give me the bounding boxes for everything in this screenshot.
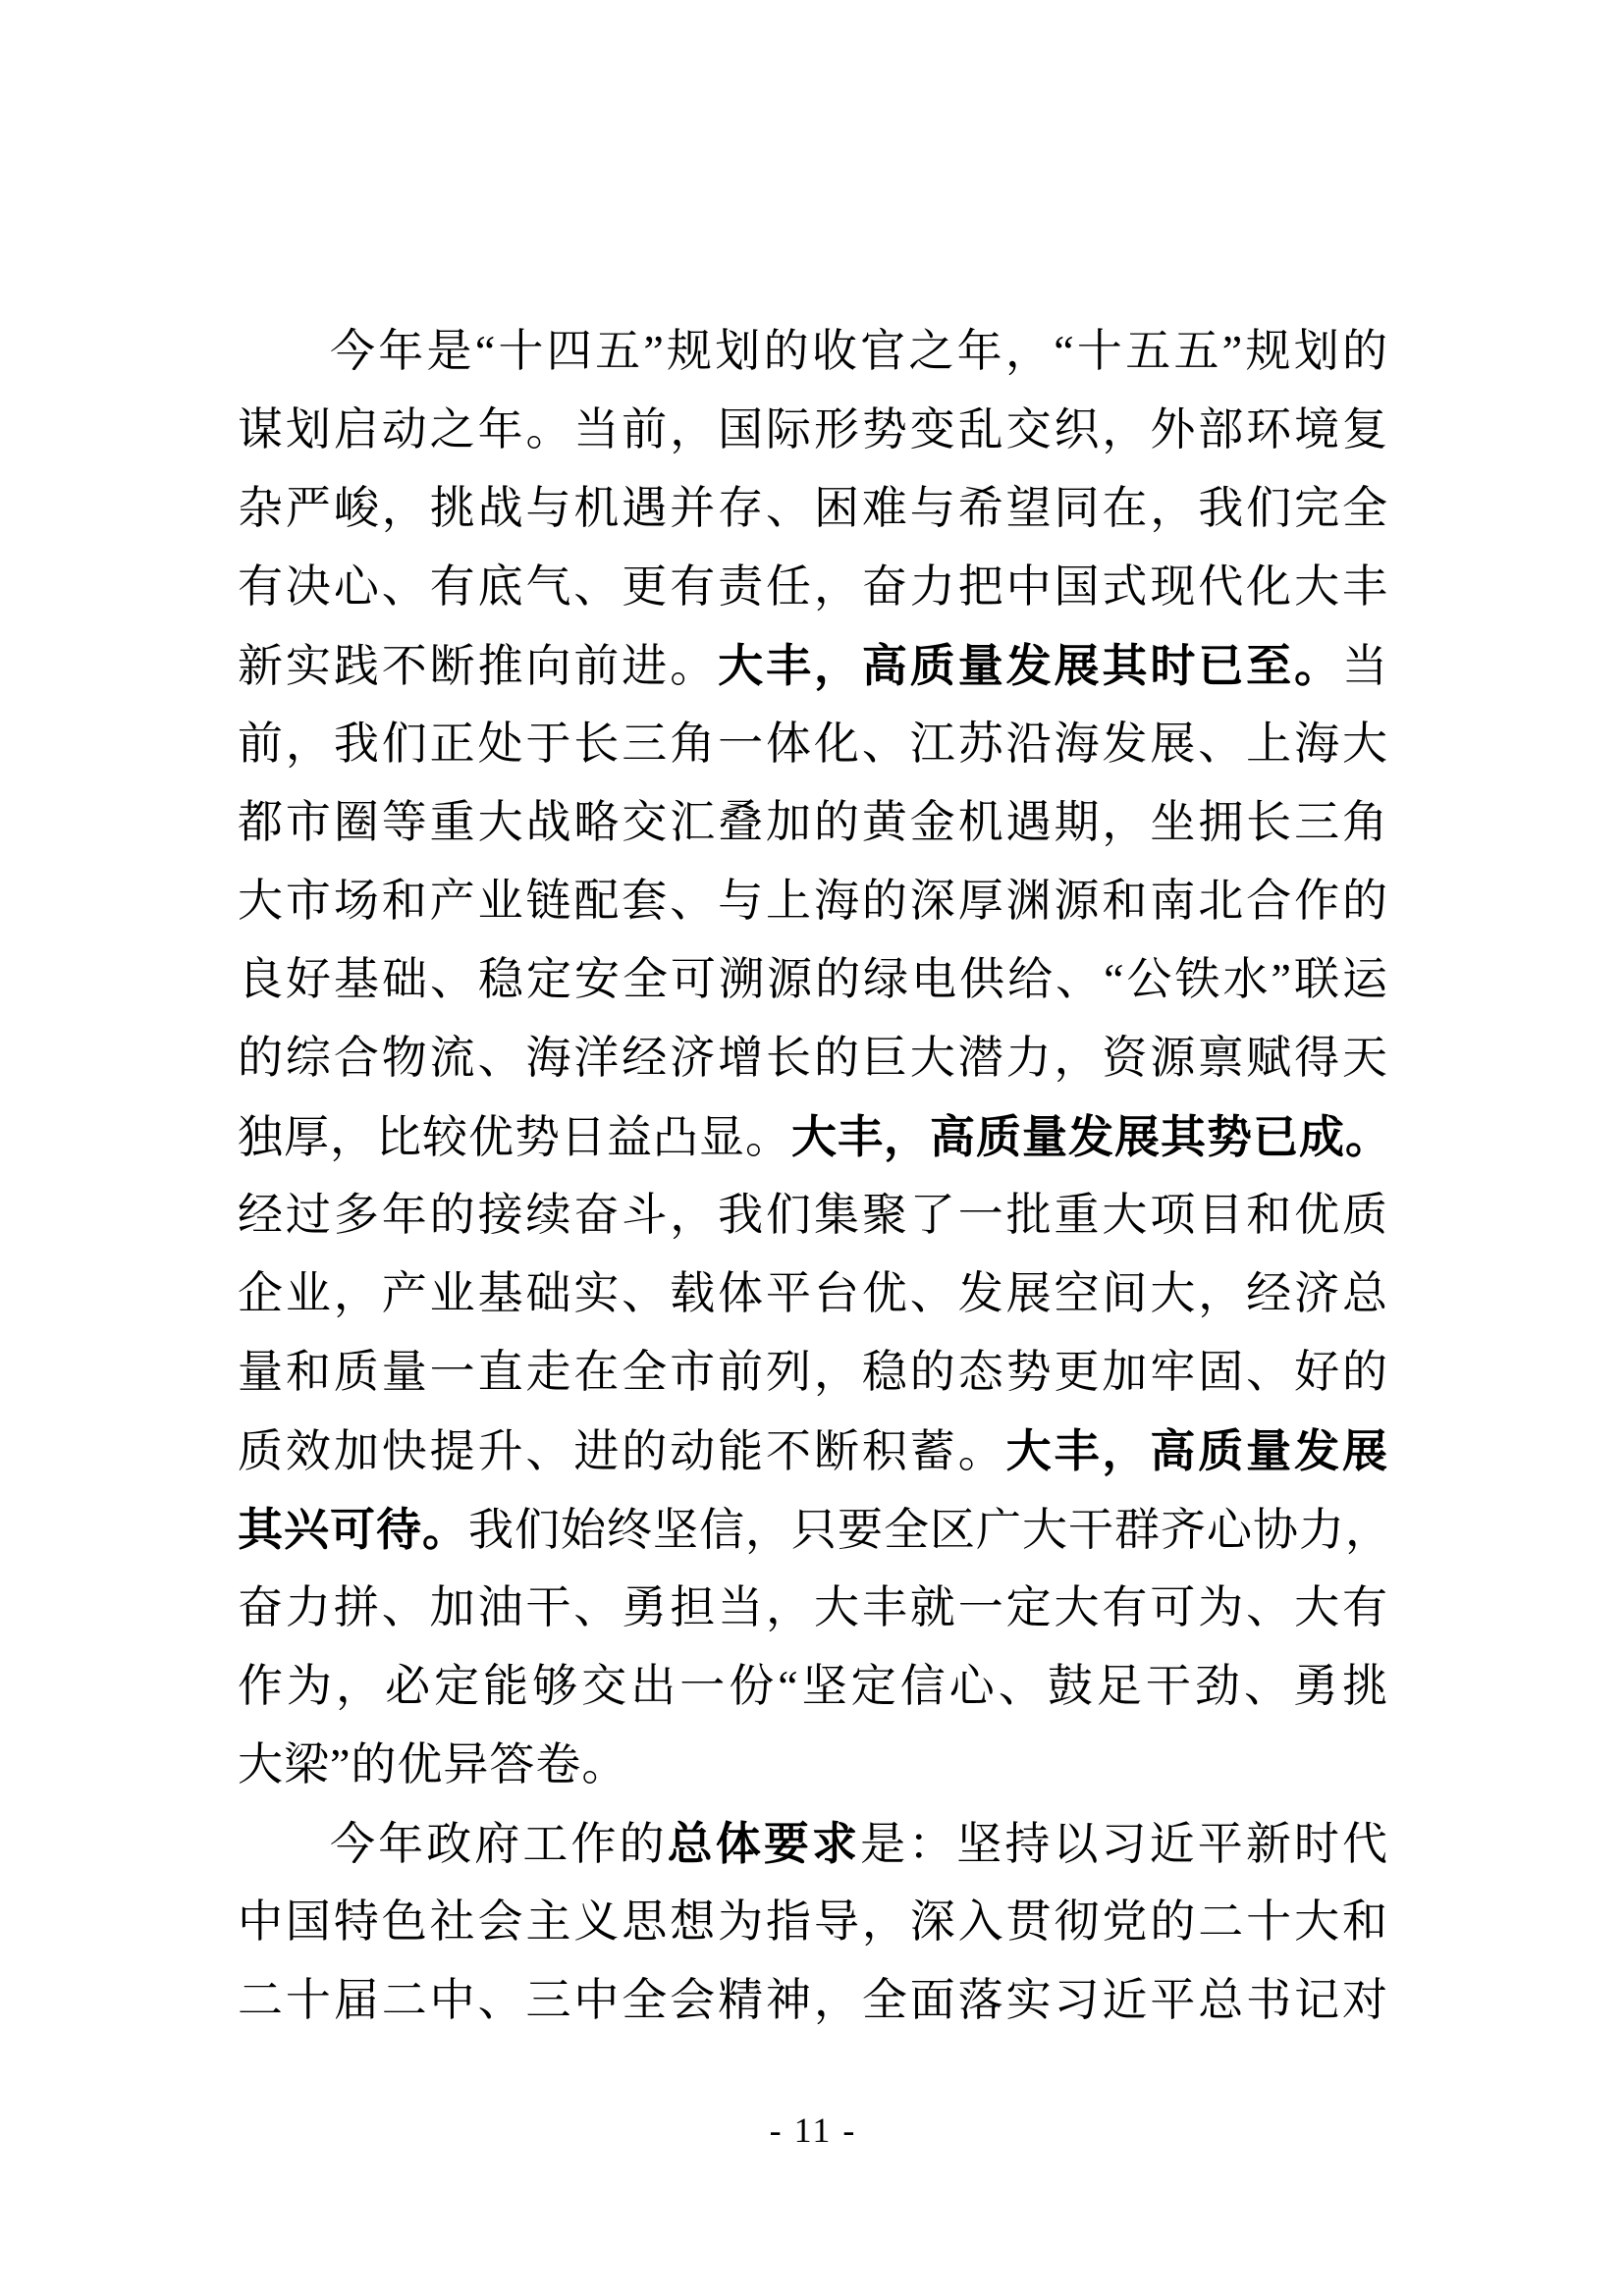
text-segment: 今年政府工作的 <box>330 1819 668 1869</box>
text-line: 的综合物流、海洋经济增长的巨大潜力，资源禀赋得天 <box>238 1019 1388 1097</box>
text-segment: 奋力拼、加油干、勇担当，大丰就一定大有可为、大有 <box>238 1582 1388 1632</box>
text-line: 中国特色社会主义思想为指导，深入贯彻党的二十大和 <box>238 1883 1388 1961</box>
text-line: 今年是“十四五”规划的收官之年，“十五五”规划的 <box>238 312 1388 391</box>
text-segment: 有决心、有底气、更有责任，奋力把中国式现代化大丰 <box>238 561 1388 612</box>
text-line: 良好基础、稳定安全可溯源的绿电供给、“公铁水”联运 <box>238 940 1388 1019</box>
text-segment: 作为，必定能够交出一份“坚定信心、鼓足干劲、勇挑 <box>238 1661 1388 1711</box>
text-line: 奋力拼、加油干、勇担当，大丰就一定大有可为、大有 <box>238 1569 1388 1647</box>
text-segment: 都市圈等重大战略交汇叠加的黄金机遇期，坐拥长三角 <box>238 797 1388 847</box>
emphasis-text-segment: 其兴可待。 <box>238 1504 468 1555</box>
text-line: 质效加快提升、进的动能不断积蓄。大丰，高质量发展 <box>238 1412 1388 1490</box>
text-segment: 谋划启动之年。当前，国际形势变乱交织，外部环境复 <box>238 404 1388 454</box>
text-segment: 前，我们正处于长三角一体化、江苏沿海发展、上海大 <box>238 719 1388 769</box>
text-line: 大市场和产业链配套、与上海的深厚渊源和南北合作的 <box>238 862 1388 940</box>
text-segment: 量和质量一直走在全市前列，稳的态势更加牢固、好的 <box>238 1347 1388 1397</box>
text-line: 量和质量一直走在全市前列，稳的态势更加牢固、好的 <box>238 1333 1388 1412</box>
text-line: 前，我们正处于长三角一体化、江苏沿海发展、上海大 <box>238 705 1388 783</box>
text-line: 独厚，比较优势日益凸显。大丰，高质量发展其势已成。 <box>238 1097 1388 1176</box>
text-segment: 当 <box>1342 641 1388 691</box>
text-segment: 是：坚持以习近平新时代 <box>860 1819 1388 1869</box>
text-segment: 大梁”的优异答卷。 <box>238 1739 627 1789</box>
emphasis-text-segment: 总体要求 <box>668 1818 860 1869</box>
text-line: 企业，产业基础实、载体平台优、发展空间大，经济总 <box>238 1255 1388 1333</box>
text-segment: 新实践不断推向前进。 <box>238 641 718 691</box>
text-segment: 独厚，比较优势日益凸显。 <box>238 1112 791 1162</box>
text-line: 二十届二中、三中全会精神，全面落实习近平总书记对 <box>238 1961 1388 2040</box>
emphasis-text-segment: 大丰，高质量发展其势已成。 <box>791 1111 1391 1162</box>
emphasis-text-segment: 大丰，高质量发展 <box>1006 1425 1388 1476</box>
text-line: 有决心、有底气、更有责任，奋力把中国式现代化大丰 <box>238 548 1388 626</box>
text-segment: 二十届二中、三中全会精神，全面落实习近平总书记对 <box>238 1975 1388 2025</box>
document-body: 今年是“十四五”规划的收官之年，“十五五”规划的谋划启动之年。当前，国际形势变乱… <box>238 312 1388 2040</box>
emphasis-text-segment: 大丰，高质量发展其时已至。 <box>718 640 1342 691</box>
text-segment: 经过多年的接续奋斗，我们集聚了一批重大项目和优质 <box>238 1190 1388 1240</box>
text-line: 经过多年的接续奋斗，我们集聚了一批重大项目和优质 <box>238 1176 1388 1255</box>
text-segment: 中国特色社会主义思想为指导，深入贯彻党的二十大和 <box>238 1896 1388 1947</box>
document-page: 今年是“十四五”规划的收官之年，“十五五”规划的谋划启动之年。当前，国际形势变乱… <box>0 0 1624 2296</box>
text-segment: 的综合物流、海洋经济增长的巨大潜力，资源禀赋得天 <box>238 1033 1388 1083</box>
page-number: - 11 - <box>238 2109 1388 2152</box>
text-segment: 良好基础、稳定安全可溯源的绿电供给、“公铁水”联运 <box>238 954 1388 1004</box>
text-line: 其兴可待。我们始终坚信，只要全区广大干群齐心协力， <box>238 1490 1388 1569</box>
text-segment: 大市场和产业链配套、与上海的深厚渊源和南北合作的 <box>238 876 1388 926</box>
text-segment: 质效加快提升、进的动能不断积蓄。 <box>238 1426 1006 1476</box>
text-segment: 杂严峻，挑战与机遇并存、困难与希望同在，我们完全 <box>238 483 1388 533</box>
text-line: 大梁”的优异答卷。 <box>238 1726 1388 1804</box>
text-segment: 我们始终坚信，只要全区广大干群齐心协力， <box>468 1505 1391 1555</box>
text-line: 今年政府工作的总体要求是：坚持以习近平新时代 <box>238 1804 1388 1883</box>
text-segment: 今年是“十四五”规划的收官之年，“十五五”规划的 <box>330 326 1388 376</box>
text-line: 都市圈等重大战略交汇叠加的黄金机遇期，坐拥长三角 <box>238 783 1388 862</box>
text-line: 新实践不断推向前进。大丰，高质量发展其时已至。当 <box>238 626 1388 705</box>
text-segment: 企业，产业基础实、载体平台优、发展空间大，经济总 <box>238 1268 1388 1318</box>
text-line: 杂严峻，挑战与机遇并存、困难与希望同在，我们完全 <box>238 469 1388 548</box>
text-line: 作为，必定能够交出一份“坚定信心、鼓足干劲、勇挑 <box>238 1647 1388 1726</box>
text-line: 谋划启动之年。当前，国际形势变乱交织，外部环境复 <box>238 391 1388 469</box>
